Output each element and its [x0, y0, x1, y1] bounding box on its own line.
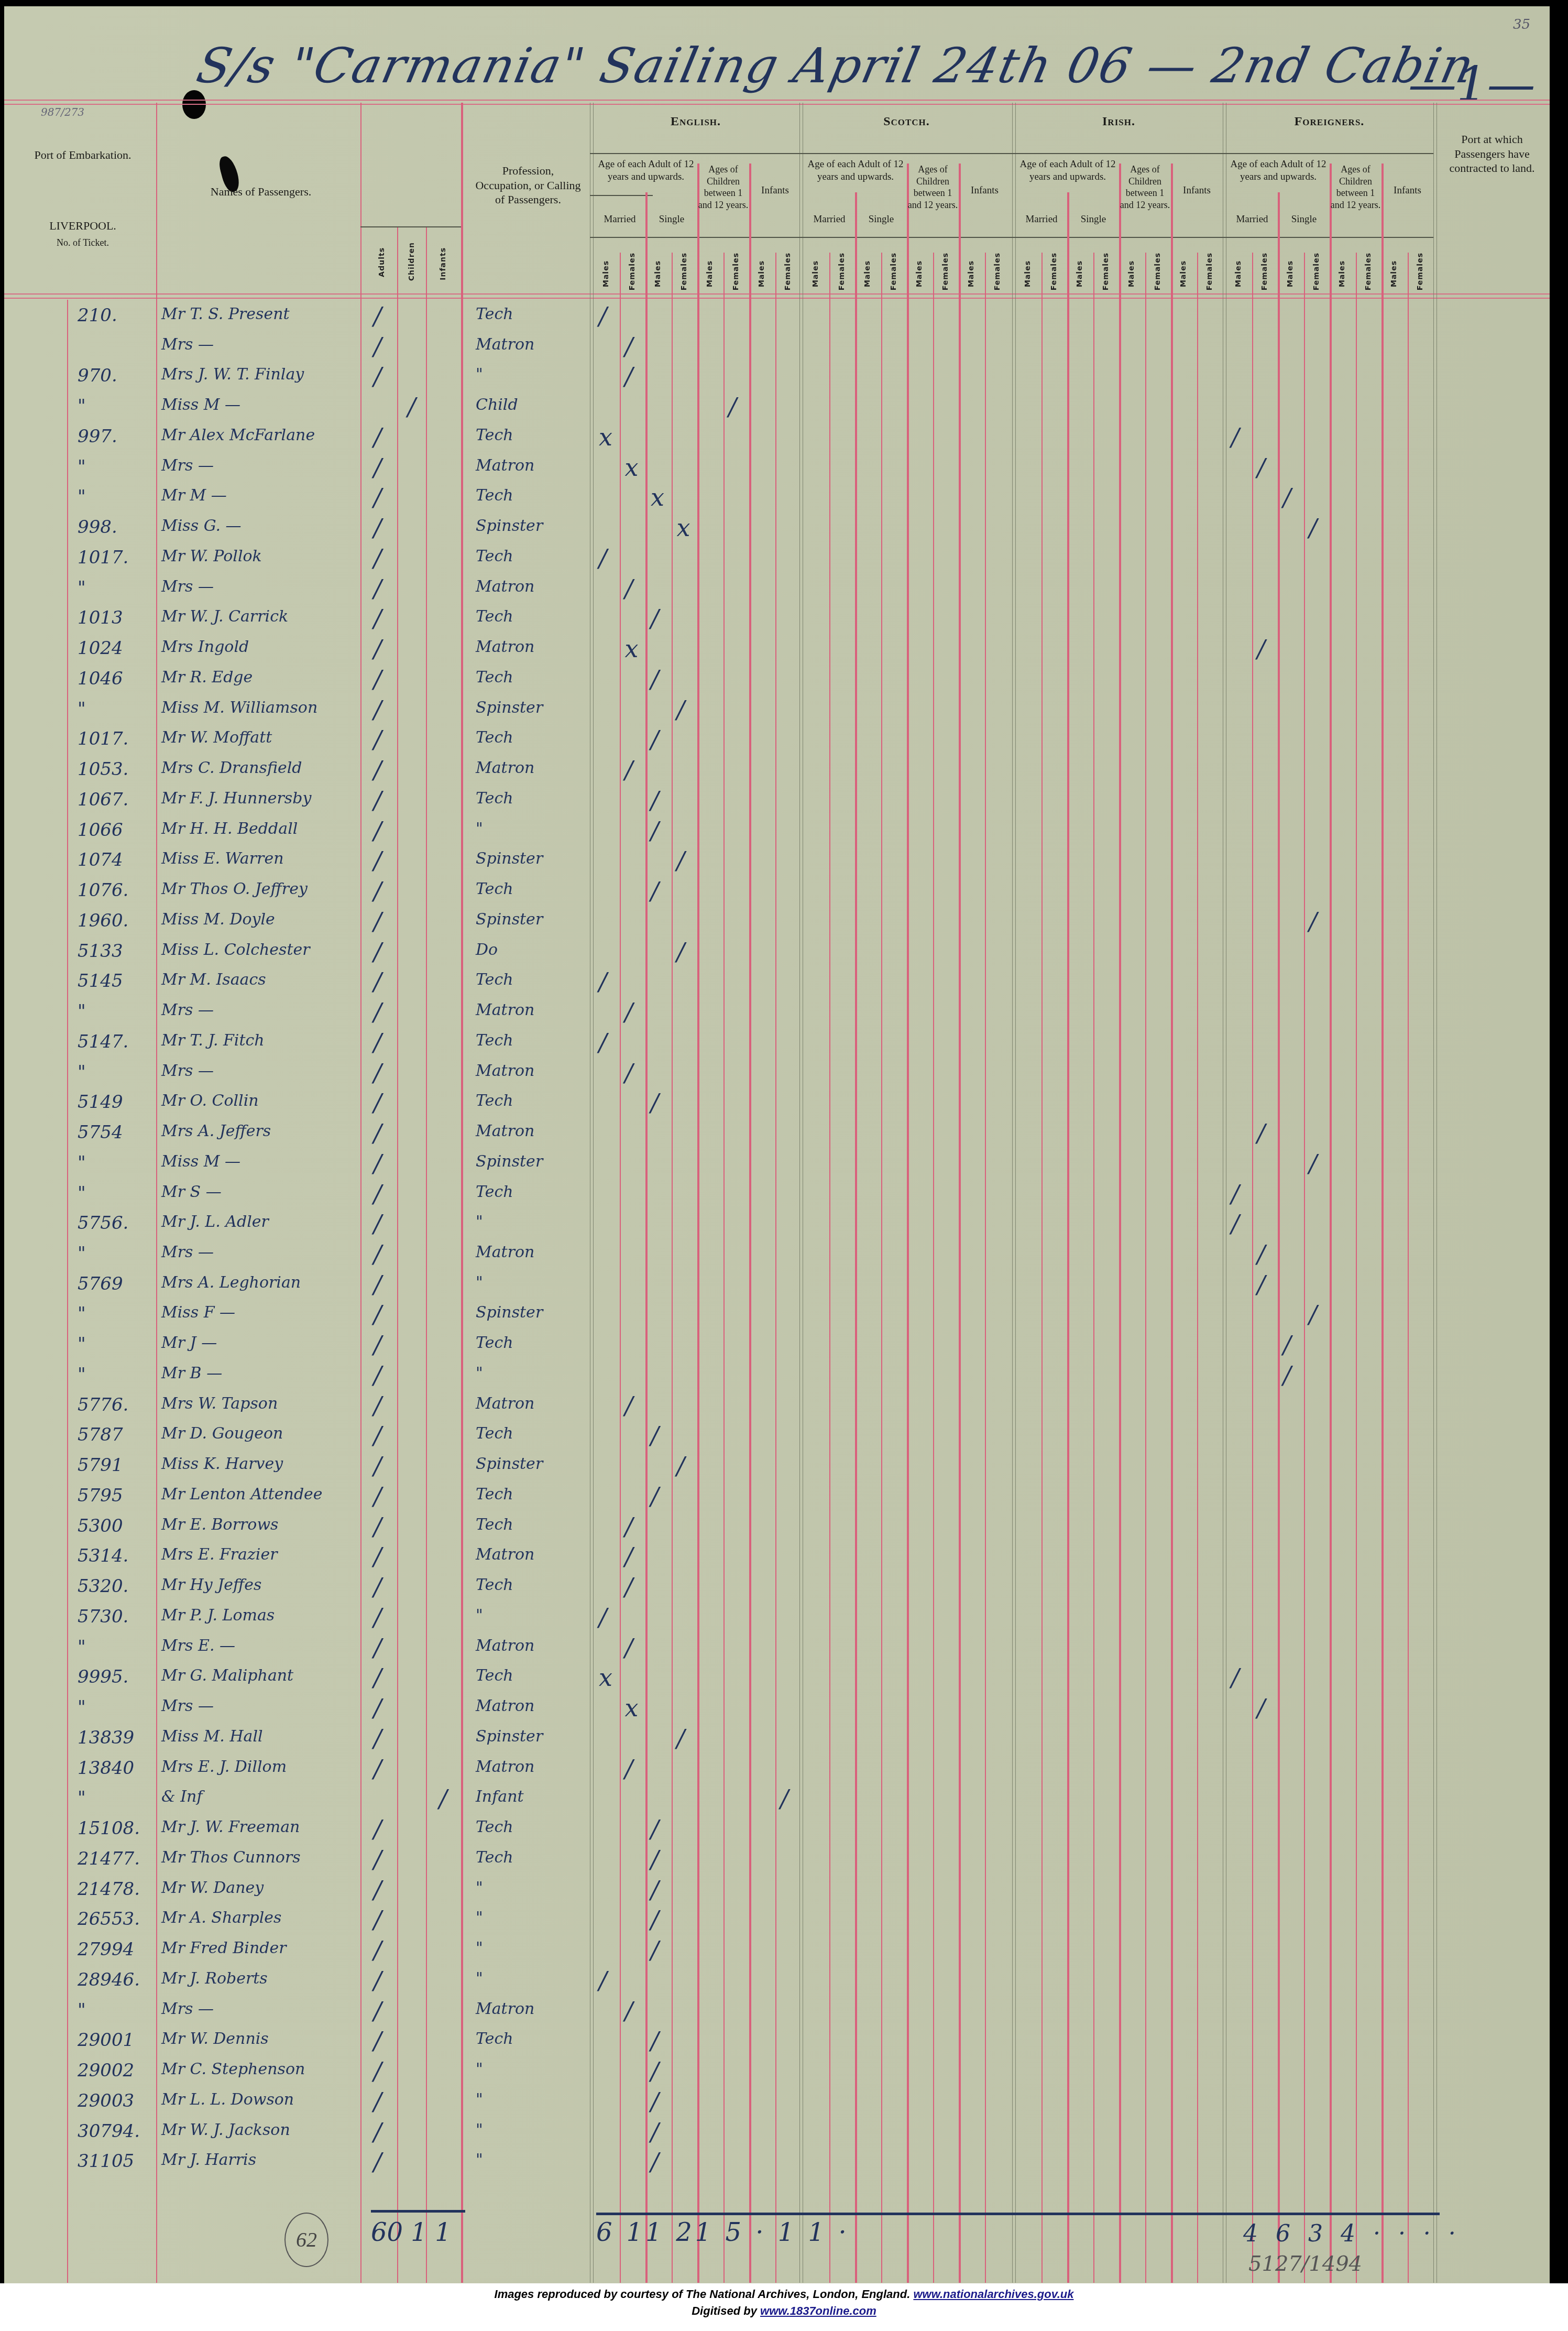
count-mark: /: [374, 635, 382, 663]
passenger-name: Mrs E. J. Dillom: [161, 1758, 287, 1776]
count-mark: /: [374, 1603, 382, 1631]
profession: ": [476, 1909, 483, 1927]
passenger-name: Mrs —: [161, 1062, 214, 1080]
adults-label: Adults: [378, 247, 386, 277]
males-label: Males: [758, 260, 766, 287]
ticket-number: 1024: [78, 638, 123, 659]
english-mark: /: [599, 1603, 607, 1631]
infants-col-label: Infants: [1171, 184, 1223, 197]
rule: [590, 153, 1433, 154]
foreigner-mark: /: [1231, 1180, 1240, 1208]
foreigner-mark: /: [1309, 514, 1318, 542]
ticket-number: 5754: [78, 1122, 123, 1143]
passenger-name: Mr W. Moffatt: [161, 728, 272, 747]
english-mark: /: [625, 574, 633, 603]
children-age-label: Ages of Children between 1 and 12 years.: [1119, 164, 1171, 211]
english-mark: /: [651, 604, 659, 633]
count-mark: /: [374, 1482, 382, 1510]
profession: Tech: [476, 486, 513, 505]
passenger-name: Mrs —: [161, 2000, 214, 2018]
profession: Matron: [476, 1062, 534, 1080]
table-row: 1013Mr W. J. Carrick/Tech/: [4, 607, 1550, 635]
english-mark: /: [599, 1028, 607, 1056]
table-row: 15108.Mr J. W. Freeman/Tech/: [4, 1818, 1550, 1845]
english-mark: /: [651, 1815, 659, 1843]
females-label: Females: [1312, 253, 1321, 290]
count-mark: /: [374, 816, 382, 845]
ticket-number: 5769: [78, 1273, 123, 1294]
english-mark: /: [729, 393, 737, 421]
foreigner-mark: /: [1257, 1270, 1266, 1299]
table-row: 13839Miss M. Hall/Spinster/: [4, 1727, 1550, 1755]
english-mark: /: [651, 816, 659, 845]
courtesy-text: Images reproduced by courtesy of The Nat…: [495, 2288, 911, 2301]
ticket-number: 29002: [78, 2060, 134, 2081]
table-row: 1076.Mr Thos O. Jeffrey/Tech/: [4, 880, 1550, 907]
children-age-label: Ages of Children between 1 and 12 years.: [1330, 164, 1381, 211]
foreigner-mark: /: [1309, 907, 1318, 935]
table-row: "Mr J —/Tech/: [4, 1334, 1550, 1361]
table-row: 5756.Mr J. L. Adler/"/: [4, 1213, 1550, 1240]
profession: Tech: [476, 1848, 513, 1867]
english-mark: /: [651, 1088, 659, 1117]
profession: Child: [476, 396, 518, 414]
profession: Spinster: [476, 1303, 543, 1322]
infants-label: Infants: [439, 247, 447, 280]
ticket-number: 210.: [78, 305, 117, 326]
count-mark: /: [374, 302, 382, 330]
pencil-note: 5127/1494: [1248, 2252, 1362, 2276]
table-row: 5314.Mrs E. Frazier/Matron/: [4, 1545, 1550, 1573]
passenger-name: Mr W. Pollok: [161, 547, 262, 565]
ticket-number: 1076.: [78, 880, 128, 901]
foreigner-mark: /: [1231, 1663, 1240, 1692]
table-row: "Mrs —/Matron/: [4, 1062, 1550, 1089]
ticket-number: 5145: [78, 971, 123, 992]
ticket-number: 28946.: [78, 1969, 140, 1990]
english-mark: /: [651, 1876, 659, 1904]
english-mark: /: [599, 1966, 607, 1995]
passenger-name: Mrs A. Leghorian: [161, 1273, 301, 1292]
ticket-number: 21477.: [78, 1848, 140, 1869]
single-label: Single: [855, 213, 907, 226]
passenger-name: Mr R. Edge: [161, 668, 253, 687]
table-row: "Mr S —/Tech/: [4, 1183, 1550, 1210]
passenger-name: Miss M —: [161, 1152, 240, 1171]
table-row: "Miss F —/Spinster/: [4, 1303, 1550, 1331]
group-english: English.: [594, 114, 798, 129]
ticket-number: ": [78, 396, 86, 417]
english-mark: /: [651, 1482, 659, 1510]
ticket-number: ": [78, 1364, 86, 1385]
passenger-name: Mr T. S. Present: [161, 305, 290, 323]
females-label: Females: [784, 253, 792, 290]
group-total-rule: [596, 2213, 1440, 2215]
english-mark: /: [625, 362, 633, 390]
profession: ": [476, 1273, 483, 1292]
passenger-name: Mr E. Borrows: [161, 1516, 279, 1534]
males-label: Males: [1127, 260, 1136, 287]
foreigner-mark: /: [1309, 1149, 1318, 1178]
children-age-label: Ages of Children between 1 and 12 years.: [697, 164, 749, 211]
count-mark: /: [374, 665, 382, 693]
count-mark: /: [374, 907, 382, 935]
english-mark: /: [625, 756, 633, 784]
count-mark: /: [374, 1997, 382, 2025]
count-mark: /: [374, 1905, 382, 1934]
ticket-number: 5320.: [78, 1576, 128, 1597]
table-row: "Miss M. Williamson/Spinster/: [4, 699, 1550, 726]
count-mark: /: [374, 1542, 382, 1571]
table-row: 1067.Mr F. J. Hunnersby/Tech/: [4, 789, 1550, 816]
english-mark: /: [625, 1573, 633, 1601]
ticket-number: 5776.: [78, 1395, 128, 1415]
single-label: Single: [1278, 213, 1330, 226]
profession: ": [476, 1364, 483, 1382]
foreigner-mark: /: [1231, 423, 1240, 451]
table-row: "Mrs —/Matronx/: [4, 1697, 1550, 1724]
table-row: "Mr B —/"/: [4, 1364, 1550, 1391]
passenger-name: Mr W. J. Jackson: [161, 2121, 290, 2139]
group-foreigners: Foreigners.: [1226, 114, 1433, 129]
english-mark: x: [651, 483, 664, 511]
profession: Matron: [476, 1001, 534, 1019]
table-row: 5320.Mr Hy Jeffes/Tech/: [4, 1576, 1550, 1603]
foreigner-mark: /: [1283, 1361, 1291, 1389]
count-mark: /: [374, 2057, 382, 2085]
table-row: 5787Mr D. Gougeon/Tech/: [4, 1424, 1550, 1452]
table-row: 1017.Mr W. Moffatt/Tech/: [4, 728, 1550, 756]
header-rule: [4, 293, 1550, 299]
profession: ": [476, 1213, 483, 1231]
profession: Spinster: [476, 849, 543, 868]
count-mark: /: [374, 544, 382, 572]
married-label: Married: [594, 213, 646, 226]
manifest-title: S/s "Carmania" Sailing April 24th 06 — 2…: [192, 38, 1480, 94]
passenger-name: Mrs —: [161, 1243, 214, 1261]
count-mark: /: [374, 1845, 382, 1873]
count-mark: /: [374, 938, 382, 966]
profession: Spinster: [476, 1727, 543, 1746]
table-row: "Mr M —/Techx/: [4, 486, 1550, 514]
ticket-number: ": [78, 1334, 86, 1355]
profession: Tech: [476, 1485, 513, 1504]
females-label: Females: [1260, 253, 1269, 290]
count-mark: /: [374, 1240, 382, 1268]
table-row: 5730.Mr P. J. Lomas/"/: [4, 1606, 1550, 1633]
table-row: 998.Miss G. —/Spinsterx/: [4, 517, 1550, 544]
english-mark: /: [651, 2148, 659, 2176]
passenger-name: Mr P. J. Lomas: [161, 1606, 275, 1625]
males-label: Males: [1286, 260, 1295, 287]
passenger-name: Mr Lenton Attendee: [161, 1485, 323, 1504]
english-mark: /: [625, 1997, 633, 2025]
passenger-name: Miss M. Hall: [161, 1727, 263, 1746]
english-mark: /: [781, 1784, 789, 1813]
table-row: 5133Miss L. Colchester/Do/: [4, 941, 1550, 968]
count-mark: /: [408, 393, 416, 421]
english-mark: x: [625, 1694, 639, 1722]
ticket-number: 15108.: [78, 1818, 140, 1839]
table-row: "Miss M —/Spinster/: [4, 1152, 1550, 1180]
table-row: 5754Mrs A. Jeffers/Matron/: [4, 1122, 1550, 1149]
profession: ": [476, 1969, 483, 1988]
profession: Matron: [476, 456, 534, 475]
table-row: "Mrs E. —/Matron/: [4, 1637, 1550, 1664]
english-mark: /: [651, 725, 659, 754]
english-mark: /: [625, 998, 633, 1026]
count-totals: 60 1 1: [371, 2218, 451, 2247]
english-mark: /: [625, 332, 633, 361]
table-row: 28946.Mr J. Roberts/"/: [4, 1969, 1550, 1997]
table-row: Mrs —/Matron/: [4, 335, 1550, 363]
females-label: Females: [941, 253, 950, 290]
english-mark: /: [599, 544, 607, 572]
table-row: 5145Mr M. Isaacs/Tech/: [4, 971, 1550, 998]
males-label: Males: [915, 260, 924, 287]
passenger-name: Mr J. L. Adler: [161, 1213, 269, 1231]
females-label: Females: [680, 253, 688, 290]
females-label: Females: [1364, 253, 1373, 290]
table-row: 31105Mr J. Harris/"/: [4, 2151, 1550, 2178]
profession: Spinster: [476, 910, 543, 929]
count-mark: /: [374, 1573, 382, 1601]
passenger-name: Miss K. Harvey: [161, 1455, 283, 1473]
table-row: 5147.Mr T. J. Fitch/Tech/: [4, 1031, 1550, 1059]
profession: ": [476, 2151, 483, 2169]
ticket-number: ": [78, 578, 86, 598]
ticket-number: 29001: [78, 2030, 134, 2051]
passenger-name: Mr O. Collin: [161, 1092, 259, 1110]
profession: Tech: [476, 728, 513, 747]
profession: Matron: [476, 1243, 534, 1261]
males-label: Males: [1076, 260, 1084, 287]
ticket-number: 5300: [78, 1516, 123, 1537]
ticket-number: 970.: [78, 365, 117, 386]
males-label: Males: [1390, 260, 1398, 287]
english-mark: /: [677, 1452, 685, 1480]
table-row: 27994Mr Fred Binder/"/: [4, 1939, 1550, 1966]
passenger-name: Mrs J. W. T. Finlay: [161, 365, 304, 384]
passenger-name: Miss M. Doyle: [161, 910, 275, 929]
profession: Tech: [476, 1334, 513, 1352]
passenger-name: Mr M —: [161, 486, 227, 505]
profession: ": [476, 820, 483, 838]
english-mark: x: [677, 514, 690, 542]
count-mark: /: [374, 1270, 382, 1299]
males-label: Males: [654, 260, 662, 287]
ticket-number: 26553.: [78, 1909, 140, 1930]
ticket-number: 1013: [78, 607, 123, 628]
passenger-name: Mr J. Roberts: [161, 1969, 268, 1988]
profession: Tech: [476, 880, 513, 898]
ticket-number: 998.: [78, 517, 117, 538]
profession: Matron: [476, 1122, 534, 1140]
count-mark: /: [439, 1784, 447, 1813]
table-row: 1046Mr R. Edge/Tech/: [4, 668, 1550, 695]
national-archives-link[interactable]: www.nationalarchives.gov.uk: [913, 2288, 1073, 2301]
ticket-number: 13839: [78, 1727, 134, 1748]
ticket-number: 5314.: [78, 1545, 128, 1566]
passenger-name: Mrs —: [161, 578, 214, 596]
english-mark: /: [651, 2027, 659, 2055]
ticket-number: ": [78, 1637, 86, 1658]
profession: Tech: [476, 1424, 513, 1443]
table-row: 1053.Mrs C. Dransfield/Matron/: [4, 759, 1550, 786]
english-mark: /: [599, 302, 607, 330]
table-row: 29001Mr W. Dennis/Tech/: [4, 2030, 1550, 2057]
table-row: "Mrs —/Matron/: [4, 2000, 1550, 2027]
ticket-number: ": [78, 1243, 86, 1264]
count-mark: /: [374, 574, 382, 603]
table-row: 21477.Mr Thos Cunnors/Tech/: [4, 1848, 1550, 1876]
count-mark: /: [374, 1452, 382, 1480]
english-mark: x: [625, 635, 639, 663]
passenger-name: Mr M. Isaacs: [161, 971, 266, 989]
passenger-name: Mr Fred Binder: [161, 1939, 287, 1957]
children-label: Children: [408, 242, 416, 281]
profession: Spinster: [476, 517, 543, 535]
profession: Matron: [476, 335, 534, 354]
males-label: Males: [602, 260, 610, 287]
table-row: 5149Mr O. Collin/Tech/: [4, 1092, 1550, 1119]
count-mark: /: [374, 2148, 382, 2176]
profession: Matron: [476, 759, 534, 777]
count-mark: /: [374, 1421, 382, 1450]
group-scotch: Scotch.: [803, 114, 1010, 129]
passenger-name: Mrs —: [161, 456, 214, 475]
ticket-number: 1017.: [78, 728, 128, 749]
ticket-number: ": [78, 1697, 86, 1718]
profession: Tech: [476, 426, 513, 444]
count-mark: /: [374, 423, 382, 451]
english-mark: /: [625, 1391, 633, 1420]
digitised-text: Digitised by: [692, 2304, 757, 2317]
table-row: 5791Miss K. Harvey/Spinster/: [4, 1455, 1550, 1482]
count-mark: /: [374, 846, 382, 875]
ticket-number: 5756.: [78, 1213, 128, 1234]
count-mark: /: [374, 1512, 382, 1541]
males-label: Males: [1338, 260, 1346, 287]
passenger-name: Mrs A. Jeffers: [161, 1122, 271, 1140]
1837online-link[interactable]: www.1837online.com: [760, 2304, 876, 2317]
top-rule: [4, 100, 1550, 105]
table-row: "Mrs —/Matronx/: [4, 456, 1550, 484]
count-mark: /: [374, 1694, 382, 1722]
profession: ": [476, 1879, 483, 1897]
profession: Tech: [476, 607, 513, 626]
count-mark: /: [374, 1149, 382, 1178]
passenger-name: Miss F —: [161, 1303, 235, 1322]
english-mark: /: [651, 877, 659, 905]
passenger-name: Mrs —: [161, 335, 214, 354]
profession: Matron: [476, 1395, 534, 1413]
english-mark: /: [625, 1542, 633, 1571]
passenger-name: Mr B —: [161, 1364, 222, 1382]
count-total-rule: [371, 2210, 465, 2213]
married-label: Married: [1015, 213, 1068, 226]
males-label: Males: [1179, 260, 1188, 287]
destination-label: Port at which Passengers have contracted…: [1440, 132, 1544, 176]
count-mark: /: [374, 2087, 382, 2116]
females-label: Females: [732, 253, 740, 290]
count-mark: /: [374, 332, 382, 361]
males-label: Males: [812, 260, 820, 287]
ticket-number: 1067.: [78, 789, 128, 810]
passenger-name: Mr Thos O. Jeffrey: [161, 880, 308, 898]
table-row: 9995.Mr G. Maliphant/Techx/: [4, 1666, 1550, 1694]
table-row: 997.Mr Alex McFarlane/Techx/: [4, 426, 1550, 453]
english-mark: /: [651, 665, 659, 693]
table-row: 21478.Mr W. Daney/"/: [4, 1879, 1550, 1906]
passenger-name: Miss L. Colchester: [161, 941, 310, 959]
profession: Infant: [476, 1788, 524, 1806]
foreigner-mark: /: [1309, 1300, 1318, 1328]
ticket-number: 5149: [78, 1092, 123, 1113]
passenger-name: Mrs —: [161, 1697, 214, 1715]
ticket-number: 5133: [78, 941, 123, 962]
profession: ": [476, 2060, 483, 2078]
ticket-number: 27994: [78, 1939, 134, 1960]
count-mark: /: [374, 514, 382, 542]
passenger-name: Mr C. Stephenson: [161, 2060, 305, 2078]
english-mark: /: [651, 2057, 659, 2085]
foreigner-mark: /: [1257, 1694, 1266, 1722]
males-label: Males: [1024, 260, 1032, 287]
infants-col-label: Infants: [959, 184, 1011, 197]
group-irish: Irish.: [1015, 114, 1222, 129]
archive-stamp: 987/273: [41, 106, 84, 118]
foreigner-mark: /: [1283, 1331, 1291, 1359]
archive-footer: Images reproduced by courtesy of The Nat…: [0, 2283, 1568, 2331]
foreign-totals: 4 6 3 4 · · · ·: [1243, 2220, 1461, 2247]
passenger-name: Mrs Ingold: [161, 638, 249, 656]
ticket-number: ": [78, 699, 86, 720]
english-mark: /: [625, 1755, 633, 1783]
passenger-name: Miss M —: [161, 396, 240, 414]
females-label: Females: [1050, 253, 1058, 290]
ticket-number: ": [78, 1062, 86, 1083]
table-row: 1024Mrs Ingold/Matronx/: [4, 638, 1550, 665]
count-mark: /: [374, 1088, 382, 1117]
passenger-name: Mr W. J. Carrick: [161, 607, 288, 626]
females-label: Females: [628, 253, 637, 290]
profession: Tech: [476, 1576, 513, 1594]
count-mark: /: [374, 2027, 382, 2055]
english-mark: x: [599, 423, 612, 451]
ticket-number: 31105: [78, 2151, 134, 2172]
adult-age-label: Age of each Adult of 12 years and upward…: [1226, 158, 1331, 183]
table-row: 30794.Mr W. J. Jackson/"/: [4, 2121, 1550, 2148]
passenger-name: Mrs E. —: [161, 1637, 235, 1655]
count-mark: /: [374, 1724, 382, 1752]
manifest-sheet: S/s "Carmania" Sailing April 24th 06 — 2…: [4, 6, 1550, 2283]
ticket-number: 30794.: [78, 2121, 140, 2142]
ticket-number: 997.: [78, 426, 117, 447]
count-mark: /: [374, 1361, 382, 1389]
foreigner-mark: /: [1257, 1119, 1266, 1147]
passenger-name: & Inf: [161, 1788, 203, 1806]
table-row: 5769Mrs A. Leghorian/"/: [4, 1273, 1550, 1301]
profession: Tech: [476, 1031, 513, 1050]
ticket-number: 5787: [78, 1424, 123, 1445]
ticket-number: 5730.: [78, 1606, 128, 1627]
table-row: 5776.Mrs W. Tapson/Matron/: [4, 1395, 1550, 1422]
profession: ": [476, 2090, 483, 2109]
table-row: 970.Mrs J. W. T. Finlay/"/: [4, 365, 1550, 393]
count-mark: /: [374, 877, 382, 905]
table-row: 1066Mr H. H. Beddall/"/: [4, 820, 1550, 847]
